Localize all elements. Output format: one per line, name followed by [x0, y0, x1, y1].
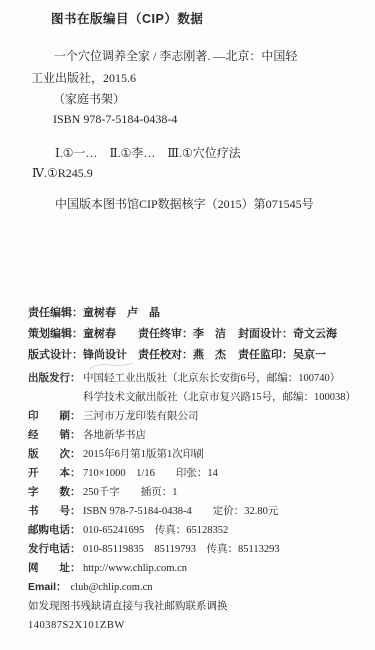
pub-row-publisher: 出版发行： 中国轻工业出版社（北京东长安街6号，邮编：100740）	[28, 369, 369, 388]
pub-row-email: Email： club@chlip.com.cn	[28, 578, 369, 597]
defect-exchange-notice: 如发现图书残缺请直接与我社邮购联系调换	[28, 597, 369, 616]
pub-value: 科学技术文献出版社（北京市复兴路15号，邮编：100038）	[83, 388, 369, 407]
pub-value: 中国轻工业出版社（北京东长安街6号，邮编：100740）	[83, 369, 369, 388]
print-batch-code: 140387S2X101ZBW	[28, 616, 369, 635]
responsible-editor: 责任编辑：童树春 卢 晶	[28, 303, 160, 324]
layout-designer: 版式设计：锋尚设计	[28, 345, 138, 366]
pub-label: 版 次：	[28, 445, 83, 464]
pub-label: 书 号：	[28, 502, 83, 521]
staff-row-2: 策划编辑：童树春 责任终审：李 洁 封面设计：奇文云海	[28, 324, 367, 345]
email-address: club@chlip.com.cn	[71, 578, 369, 597]
pub-row-wordcount: 字 数： 250千字 插页：1	[28, 483, 369, 502]
pub-label: 字 数：	[28, 483, 83, 502]
final-reviewer: 责任终审：李 洁	[138, 324, 238, 345]
proofreader: 责任校对：燕 杰	[138, 345, 238, 366]
website-url: http://www.chlip.com.cn	[83, 559, 369, 578]
pub-value: 三河市万龙印装有限公司	[83, 407, 369, 426]
staff-block: 责任编辑：童树春 卢 晶 策划编辑：童树春 责任终审：李 洁 封面设计：奇文云海…	[28, 303, 367, 366]
cip-title: 图书在版编目（CIP）数据	[51, 10, 363, 28]
cip-classification-line-2: Ⅳ.①R245.9	[32, 163, 363, 183]
staff-row-3: 版式设计：锋尚设计 责任校对：燕 杰 责任监印：吴京一	[28, 345, 367, 366]
cip-isbn-line: ISBN 978-7-5184-0438-4	[53, 109, 363, 129]
pub-label: 开 本：	[28, 464, 83, 483]
pub-label	[28, 388, 83, 407]
cip-series-line: （家庭书架）	[53, 89, 363, 109]
cip-book-title-line: 一个穴位调养全家 / 李志刚著. —北京：中国轻	[54, 46, 363, 66]
pub-value: 010-65241695 传真：65128352	[83, 521, 369, 540]
pub-row-distributor: 经 销： 各地新华书店	[28, 426, 369, 445]
pub-value: ISBN 978-7-5184-0438-4 定价：32.80元	[83, 502, 369, 521]
cip-registration-line: 中国版本图书馆CIP数据核字（2015）第071545号	[55, 194, 363, 214]
pub-label: 印 刷：	[28, 407, 83, 426]
pub-row-edition: 版 次： 2015年6月第1版第1次印刷	[28, 445, 369, 464]
print-supervisor: 责任监印：吴京一	[238, 345, 367, 366]
pub-value: 710×1000 1/16 印张：14	[83, 464, 369, 483]
pub-label: 经 销：	[28, 426, 83, 445]
pub-value: 250千字 插页：1	[83, 483, 369, 502]
pub-value: 各地新华书店	[83, 426, 369, 445]
pub-label: Email：	[28, 578, 67, 597]
planning-editor: 策划编辑：童树春	[28, 324, 138, 345]
copyright-page: 图书在版编目（CIP）数据 一个穴位调养全家 / 李志刚著. —北京：中国轻 工…	[0, 0, 375, 650]
pub-label: 邮购电话：	[28, 521, 83, 540]
pub-value: 2015年6月第1版第1次印刷	[83, 445, 369, 464]
pub-row-publisher-2: 科学技术文献出版社（北京市复兴路15号，邮编：100038）	[28, 388, 369, 407]
pub-label: 发行电话：	[28, 540, 83, 559]
cip-classification-line-1: Ⅰ.①一… Ⅱ.①李… Ⅲ.①穴位疗法	[55, 143, 363, 163]
pub-row-website: 网 址： http://www.chlip.com.cn	[28, 559, 369, 578]
pub-row-printer: 印 刷： 三河市万龙印装有限公司	[28, 407, 369, 426]
pub-label: 网 址：	[28, 559, 83, 578]
cip-block: 图书在版编目（CIP）数据 一个穴位调养全家 / 李志刚著. —北京：中国轻 工…	[30, 10, 363, 214]
pub-row-distribution-phone: 发行电话： 010-85119835 85119793 传真：85113293	[28, 540, 369, 559]
pub-row-format: 开 本： 710×1000 1/16 印张：14	[28, 464, 369, 483]
pub-value: 010-85119835 85119793 传真：85113293	[83, 540, 369, 559]
cip-publisher-line: 工业出版社，2015.6	[31, 68, 363, 88]
cover-designer: 封面设计：奇文云海	[238, 324, 367, 345]
staff-row-1: 责任编辑：童树春 卢 晶	[28, 303, 367, 324]
pub-row-mailorder-phone: 邮购电话： 010-65241695 传真：65128352	[28, 521, 369, 540]
publication-block: 出版发行： 中国轻工业出版社（北京东长安街6号，邮编：100740） 科学技术文…	[28, 369, 369, 635]
pub-label: 出版发行：	[28, 369, 83, 388]
pub-row-isbn-price: 书 号： ISBN 978-7-5184-0438-4 定价：32.80元	[28, 502, 369, 521]
